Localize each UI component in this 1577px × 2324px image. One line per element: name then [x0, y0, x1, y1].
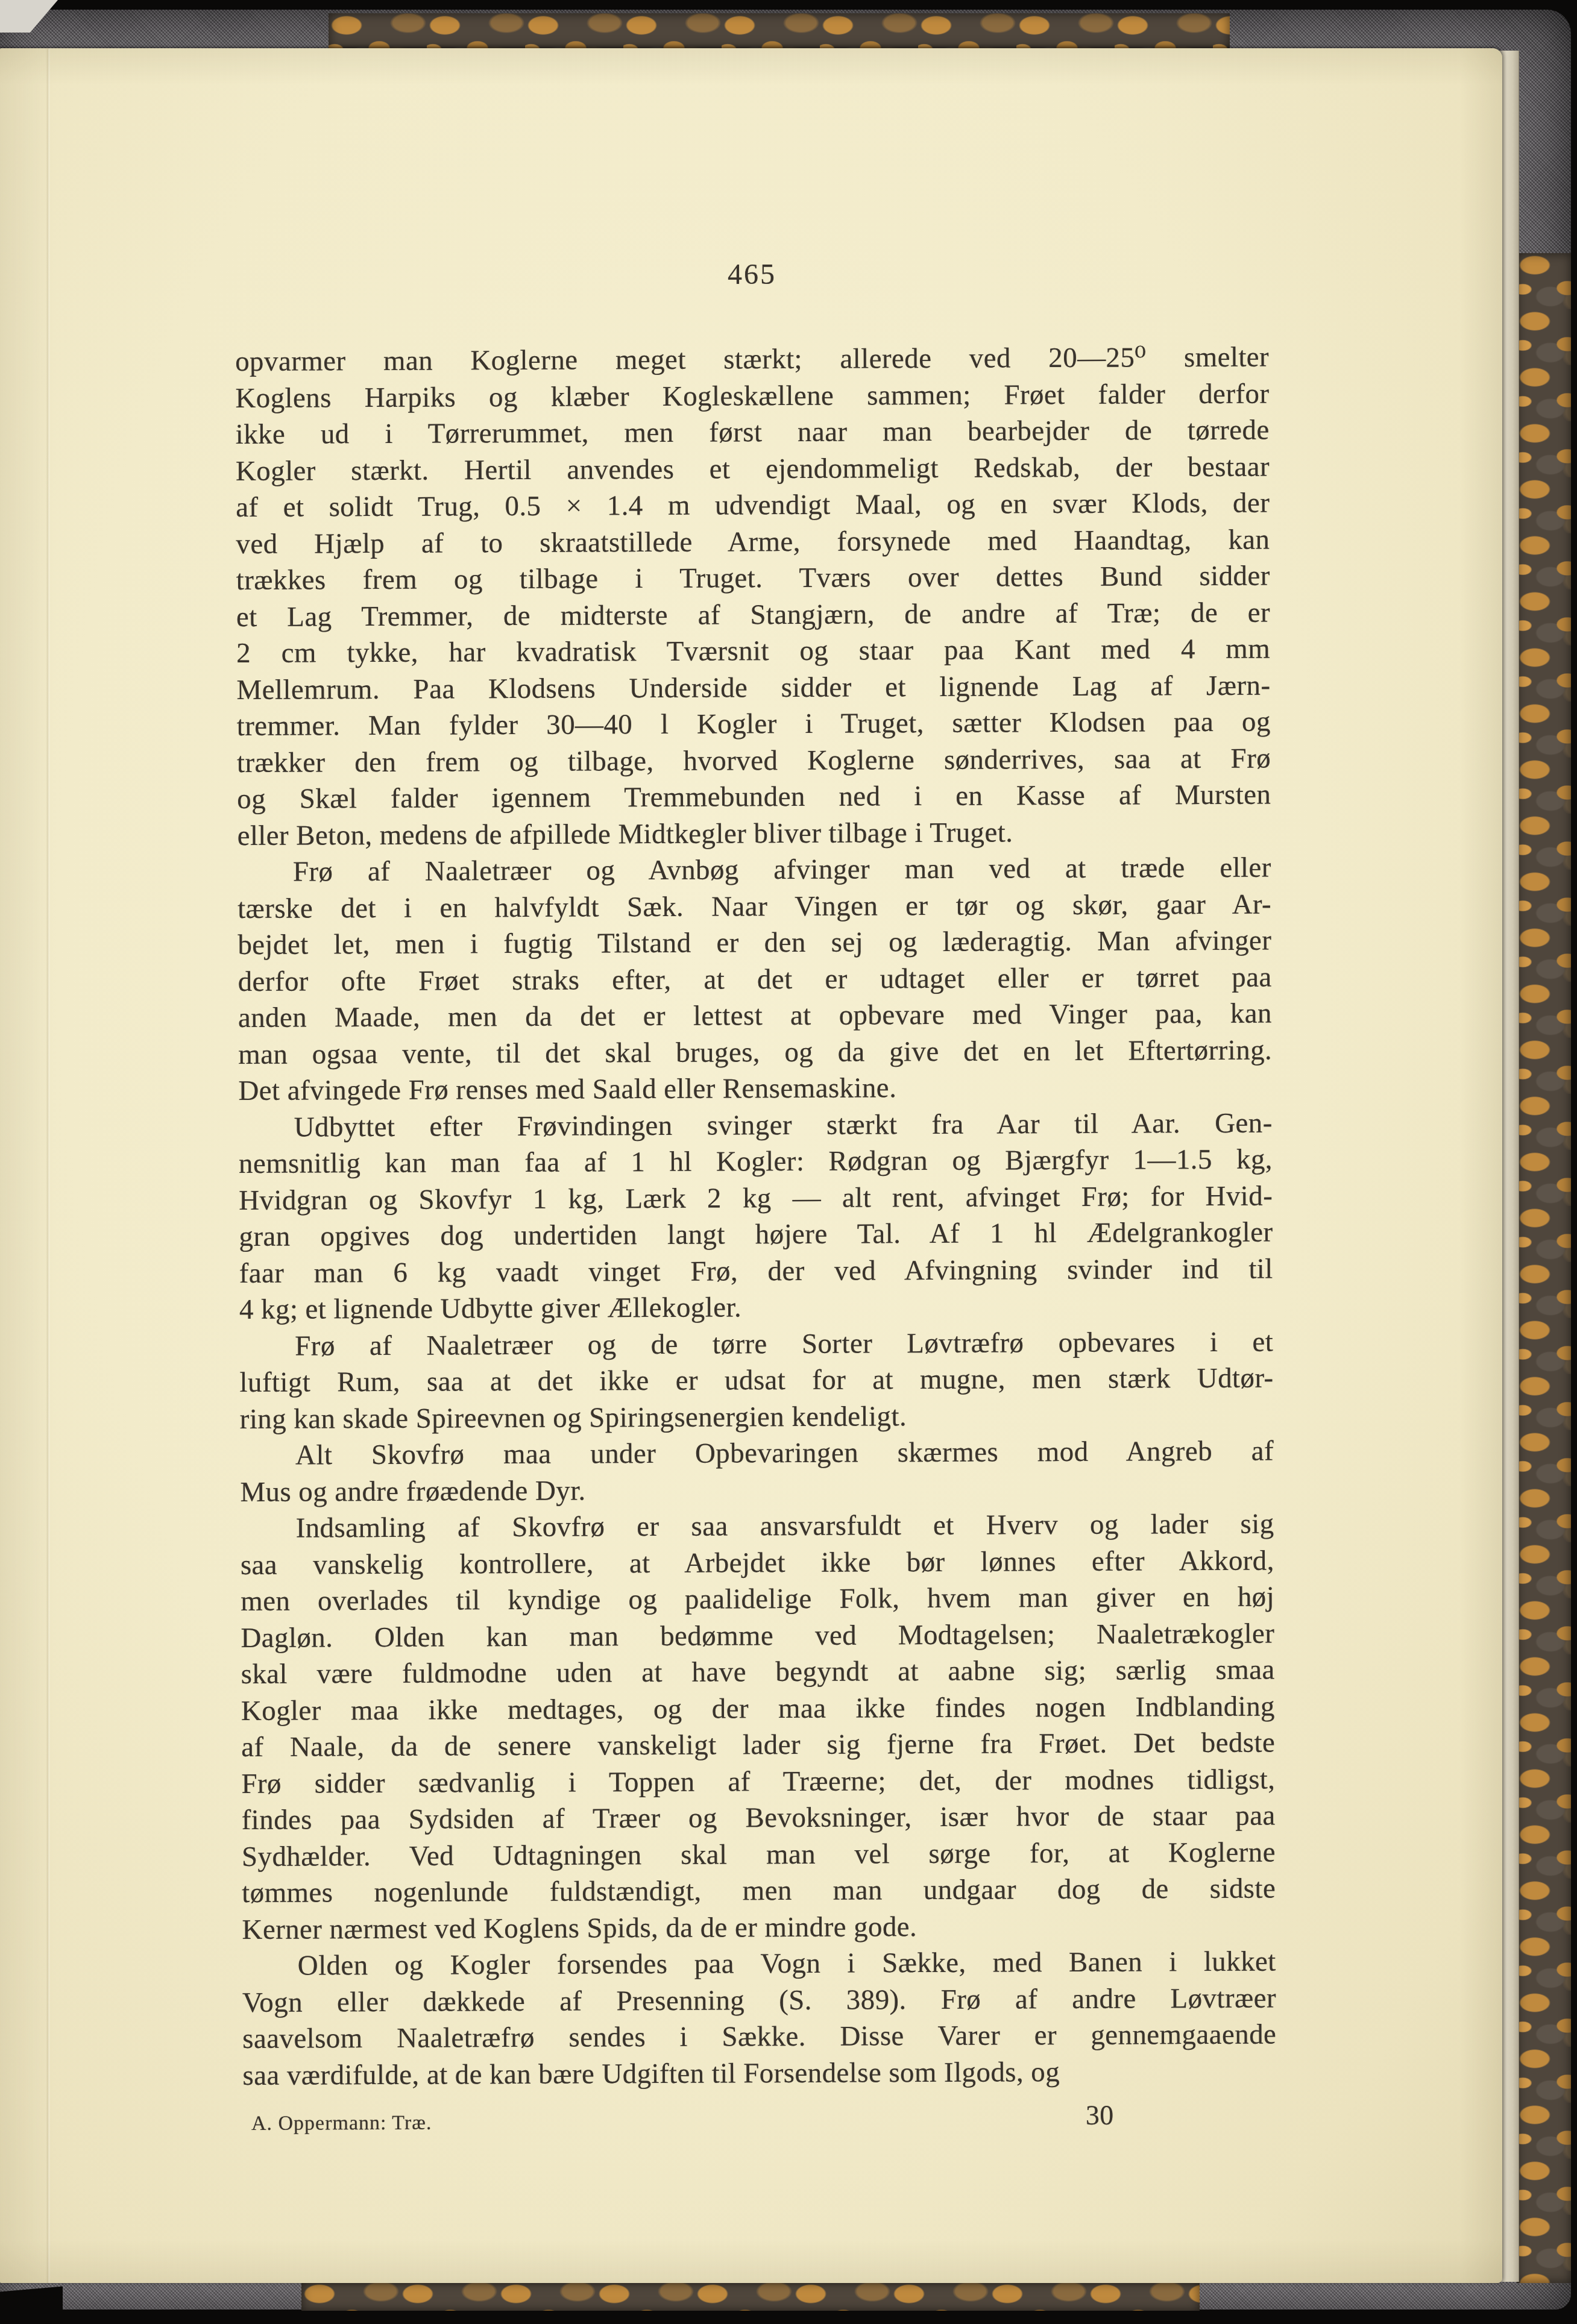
text-line: trækkes frem og tilbage i Truget. Tværs …: [236, 558, 1270, 599]
text-line: Udbyttet efter Frøvindingen svinger stær…: [239, 1105, 1273, 1146]
text-line: men overlades til kyndige og paalidelige…: [241, 1578, 1274, 1619]
text-line: Mellemrum. Paa Klodsens Underside sidder…: [236, 667, 1270, 708]
page-crease: [46, 48, 51, 2283]
text-line: man ogsaa vente, til det skal bruges, og…: [238, 1032, 1272, 1073]
text-line: Kerner nærmest ved Koglens Spids, da de …: [242, 1907, 1276, 1948]
text-line: af Naale, da de senere vanskeligt lader …: [241, 1724, 1275, 1765]
body-text: opvarmer man Koglerne meget stærkt; alle…: [235, 339, 1277, 2150]
text-line: trækker den frem og tilbage, hvorved Kog…: [237, 740, 1271, 781]
text-line: skal være fuldmodne uden at have begyndt…: [241, 1651, 1275, 1692]
scan-shadow-notch: [0, 2286, 63, 2324]
book-page: 465 opvarmer man Koglerne meget stærkt; …: [0, 48, 1502, 2283]
text-line: ikke ud i Tørrerummet, men først naar ma…: [236, 412, 1270, 453]
text-line: Olden og Kogler forsendes paa Vogn i Sæk…: [242, 1943, 1276, 1984]
text-line: og Skæl falder igennem Tremmebunden ned …: [237, 777, 1271, 818]
paragraph: Frø af Naaletræer og Avnbøg afvinger man…: [238, 850, 1273, 1110]
paragraph: Alt Skovfrø maa under Opbevaringen skærm…: [240, 1433, 1274, 1510]
text-line: Dagløn. Olden kan man bedømme ved Modtag…: [241, 1615, 1274, 1656]
footer-sheet-number: 30: [1086, 2097, 1114, 2134]
text-line: Vogn eller dækkede af Presenning (S. 389…: [242, 1980, 1276, 2021]
text-line: af et solidt Trug, 0.5 × 1.4 m udvendigt…: [236, 485, 1270, 526]
text-line: Frø af Naaletræer og Avnbøg afvinger man…: [238, 850, 1271, 891]
text-line: Frø af Naaletræer og de tørre Sorter Løv…: [239, 1324, 1273, 1365]
marbled-trim-right: [1517, 253, 1571, 2283]
text-line: faar man 6 kg vaadt vinget Frø, der ved …: [239, 1251, 1273, 1292]
text-line: Kogler maa ikke medtages, og der maa ikk…: [241, 1688, 1275, 1729]
text-line: 2 cm tykke, har kvadratisk Tværsnit og s…: [236, 631, 1270, 672]
text-line: Indsamling af Skovfrø er saa ansvarsfuld…: [240, 1506, 1274, 1547]
text-line: et Lag Tremmer, de midterste af Stangjær…: [236, 594, 1270, 635]
paragraph: Indsamling af Skovfrø er saa ansvarsfuld…: [240, 1506, 1276, 1947]
paragraph: Udbyttet efter Frøvindingen svinger stær…: [239, 1105, 1274, 1328]
page-number: 465: [235, 258, 1269, 291]
text-line: tærske det i en halvfyldt Sæk. Naar Ving…: [238, 886, 1271, 927]
text-line: findes paa Sydsiden af Træer og Bevoksni…: [242, 1797, 1276, 1838]
text-line: saa vanskelig kontrollere, at Arbejdet i…: [241, 1542, 1274, 1583]
page-footer: A. Oppermann: Træ. 30: [243, 2091, 1277, 2150]
paragraph-container: opvarmer man Koglerne meget stærkt; alle…: [235, 339, 1277, 2094]
text-line: luftigt Rum, saa at det ikke er udsat fo…: [239, 1360, 1273, 1401]
text-line: Det afvingede Frø renses med Saald eller…: [238, 1069, 1272, 1110]
paragraph: opvarmer man Koglerne meget stærkt; alle…: [235, 339, 1271, 854]
text-line: Hvidgran og Skovfyr 1 kg, Lærk 2 kg — al…: [239, 1178, 1273, 1219]
scanned-book-photo: 465 opvarmer man Koglerne meget stærkt; …: [0, 0, 1577, 2324]
text-line: tremmer. Man fylder 30—40 l Kogler i Tru…: [237, 704, 1271, 745]
text-line: ved Hjælp af to skraatstillede Arme, for…: [236, 521, 1270, 562]
text-line: 4 kg; et lignende Udbytte giver Ællekogl…: [239, 1287, 1273, 1328]
text-line: saavelsom Naaletræfrø sendes i Sække. Di…: [242, 2016, 1276, 2057]
text-line: anden Maade, men da det er lettest at op…: [238, 996, 1272, 1037]
text-line: Koglens Harpiks og klæber Kogleskællene …: [235, 375, 1269, 416]
text-line: gran opgives dog undertiden langt højere…: [239, 1214, 1273, 1255]
text-line: tømmes nogenlunde fuldstændigt, men man …: [242, 1870, 1276, 1911]
text-line: eller Beton, medens de afpillede Midtkeg…: [237, 813, 1271, 854]
text-line: derfor ofte Frøet straks efter, at det e…: [238, 959, 1271, 1000]
text-line: opvarmer man Koglerne meget stærkt; alle…: [235, 339, 1269, 380]
text-line: Alt Skovfrø maa under Opbevaringen skærm…: [240, 1433, 1274, 1474]
paragraph: Olden og Kogler forsendes paa Vogn i Sæk…: [242, 1943, 1277, 2093]
text-line: ring kan skade Spireevnen og Spiringsene…: [240, 1396, 1274, 1437]
paragraph: Frø af Naaletræer og de tørre Sorter Løv…: [239, 1324, 1274, 1437]
text-line: bejdet let, men i fugtig Tilstand er den…: [238, 923, 1271, 964]
marbled-trim-bottom: [301, 2282, 1200, 2311]
text-line: Mus og andre frøædende Dyr.: [240, 1469, 1274, 1510]
marbled-trim-top: [329, 13, 1230, 48]
text-line: Frø sidder sædvanlig i Toppen af Træerne…: [241, 1761, 1275, 1802]
text-line: nemsnitlig kan man faa af 1 hl Kogler: R…: [239, 1142, 1273, 1182]
text-line: Sydhælder. Ved Udtagningen skal man vel …: [242, 1834, 1276, 1875]
text-line: saa værdifulde, at de kan bære Udgiften …: [242, 2053, 1276, 2094]
text-line: Kogler stærkt. Hertil anvendes et ejendo…: [236, 448, 1270, 489]
footer-author-title: A. Oppermann: Træ.: [251, 2105, 432, 2143]
